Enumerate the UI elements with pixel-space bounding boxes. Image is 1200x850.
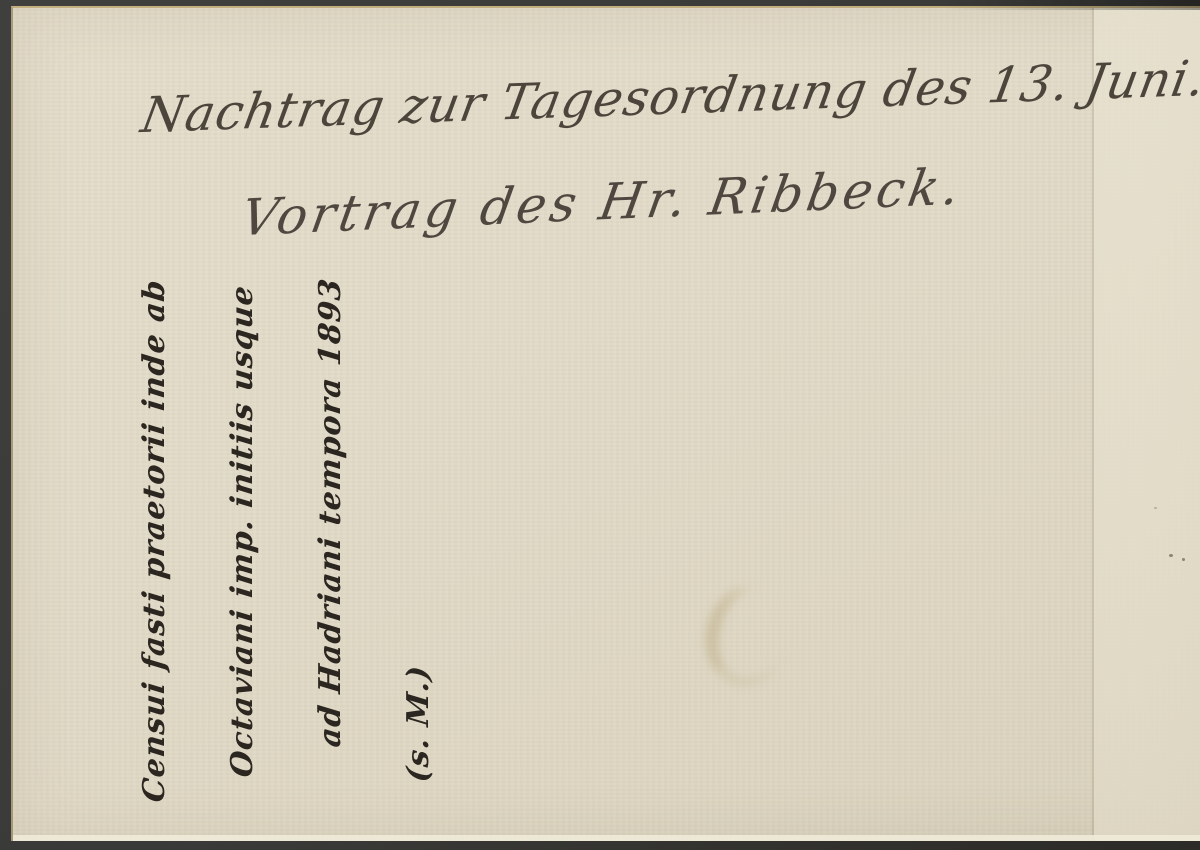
scan-shadow-top-right	[940, 0, 1200, 10]
paper-right-panel	[1094, 8, 1200, 841]
ink-speck	[1154, 507, 1157, 509]
scan-photo: Nachtrag zur Tagesordnung des 13. Juni. …	[0, 0, 1200, 850]
side-note-line-2: Octaviani imp. initiis usque	[199, 277, 287, 781]
ink-speck	[1169, 554, 1173, 557]
paper-crease	[1092, 8, 1094, 841]
side-note-line-3: ad Hadriani tempora 1893	[287, 277, 375, 751]
heading-line-1: Nachtrag zur Tagesordnung des 13. Juni.	[137, 50, 1200, 145]
paper-bottom-edge	[13, 835, 1200, 841]
paper-sheet: Nachtrag zur Tagesordnung des 13. Juni. …	[11, 6, 1200, 841]
side-note-line-1: Censui fasti praetorii inde ab	[111, 277, 199, 806]
stain-mark	[698, 580, 798, 693]
side-note-line-4: (s. M.)	[375, 277, 463, 786]
heading-line-2: Vortrag des Hr. Ribbeck.	[237, 157, 968, 247]
side-note: Censui fasti praetorii inde ab Octaviani…	[111, 282, 463, 802]
ink-speck	[1182, 558, 1185, 561]
